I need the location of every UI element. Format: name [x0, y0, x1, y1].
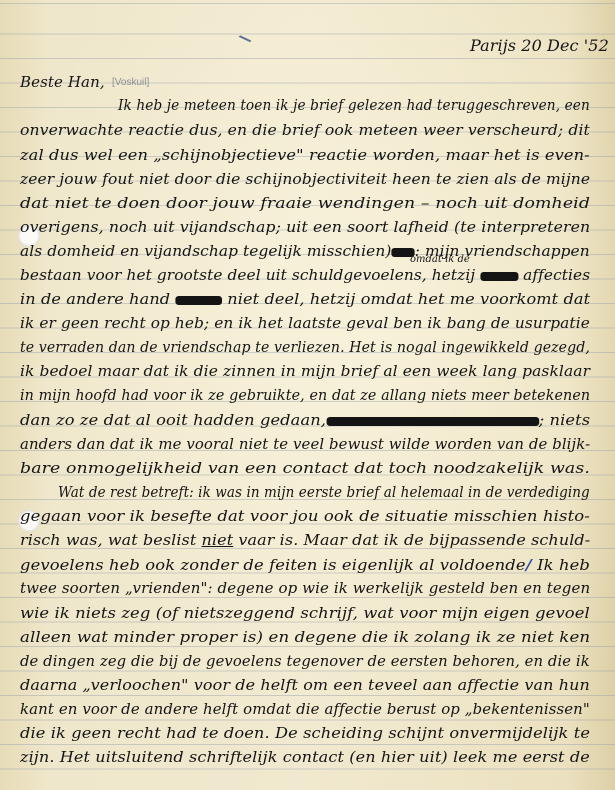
crossed-out-text	[175, 296, 222, 305]
place-and-date: Parijs 20 Dec '52	[470, 36, 609, 55]
handwritten-line: zijn. Het uitsluitend schriftelijk conta…	[20, 750, 590, 766]
handwritten-line: onverwachte reactie dus, en die brief oo…	[20, 123, 590, 139]
handwritten-line: te verraden dan de vriendschap te verlie…	[20, 340, 590, 356]
handwritten-line: Ik heb je meteen toen ik je brief geleze…	[118, 98, 590, 114]
crossed-out-text	[480, 272, 518, 281]
interlinear-insertion: omdat ik de	[410, 254, 470, 265]
handwritten-line: gevoelens heb ook zonder de feiten is ei…	[20, 557, 590, 574]
handwritten-line: dat niet te doen door jouw fraaie wendin…	[20, 196, 590, 212]
handwritten-line: overigens, noch uit vijandschap; uit een…	[20, 220, 590, 236]
handwritten-line: in de andere hand niet deel, hetzij omda…	[20, 292, 590, 308]
handwritten-line: risch was, wat beslist niet vaar is. Maa…	[20, 533, 590, 549]
handwritten-line: in mijn hoofd had voor ik ze gebruikte, …	[20, 388, 590, 404]
handwritten-line: zal dus wel een „schijnobjectieve" react…	[20, 148, 590, 164]
handwritten-line: ik bedoel maar dat ik die zinnen in mijn…	[20, 364, 590, 380]
handwritten-line: bare onmogelijkheid van een contact dat …	[20, 461, 590, 477]
handwritten-line: bestaan voor het grootste deel uit schul…	[20, 268, 590, 284]
handwritten-line: kant en voor de andere helft omdat die a…	[20, 702, 590, 718]
handwritten-line: ik er geen recht op heb; en ik het laats…	[20, 316, 590, 332]
handwritten-line: daarna „verloochen" voor de helft om een…	[20, 678, 590, 694]
handwritten-line: Wat de rest betreft: ik was in mijn eers…	[58, 485, 590, 501]
greeting: Beste Han,	[20, 73, 105, 91]
handwritten-line: alleen wat minder proper is) en degene d…	[20, 630, 590, 646]
reverse-side-bleed-through	[30, 8, 590, 32]
editorial-annotation: [Voskuil]	[112, 77, 149, 88]
handwritten-line: gegaan voor ik besefte dat voor jou ook …	[20, 509, 590, 525]
crossed-out-text	[326, 417, 539, 426]
handwritten-line: zeer jouw fout niet door die schijnobjec…	[20, 172, 590, 188]
handwritten-line: die ik geen recht had te doen. De scheid…	[20, 726, 590, 742]
handwritten-line: als domheid en vijandschap tegelijk miss…	[20, 244, 590, 260]
handwritten-line: wie ik niets zeg (of nietszeggend schrij…	[20, 606, 590, 622]
handwritten-line: dan zo ze dat al ooit hadden gedaan,; ni…	[20, 413, 590, 429]
handwritten-line: anders dan dat ik me vooral niet te veel…	[20, 437, 590, 453]
handwritten-line: twee soorten „vrienden": degene op wie i…	[20, 581, 590, 597]
handwritten-line: de dingen zeg die bij de gevoelens tegen…	[20, 654, 590, 670]
